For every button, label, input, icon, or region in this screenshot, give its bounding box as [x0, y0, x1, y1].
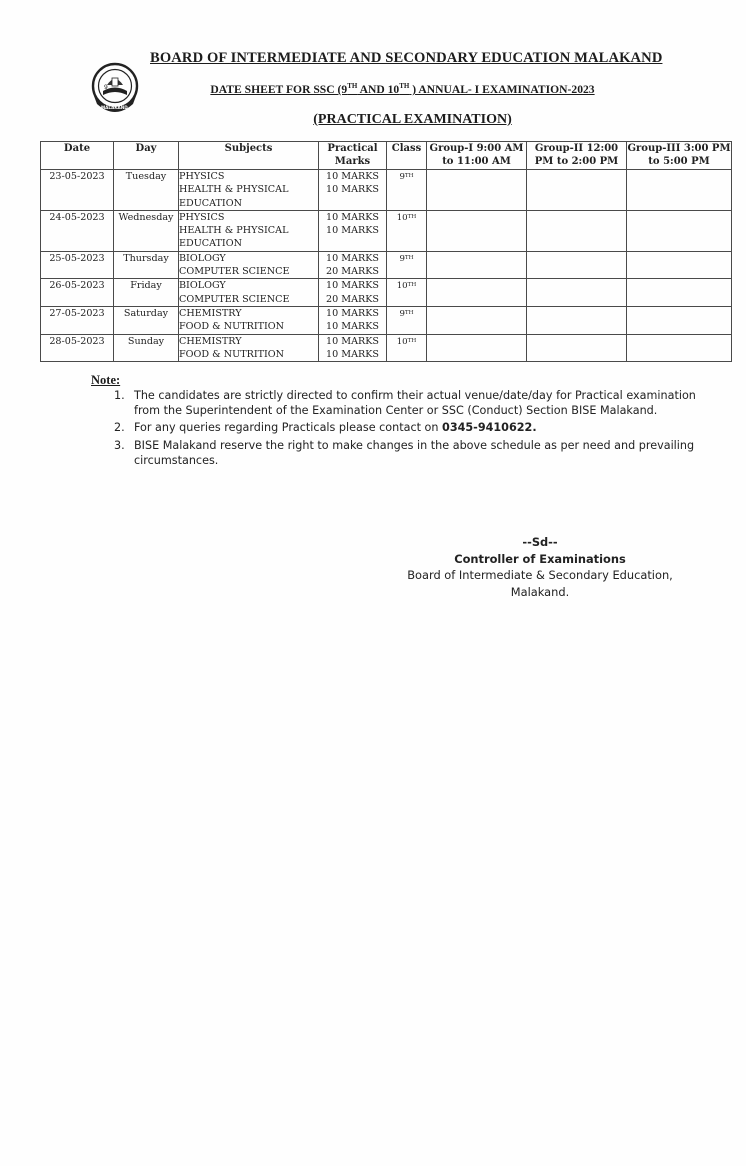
group-3-cell: [627, 334, 732, 362]
subject-line: PHYSICS: [179, 211, 318, 224]
group-2-cell: [527, 170, 627, 211]
signatory-designation: Controller of Examinations: [390, 551, 690, 568]
class-cell: 9TH: [387, 251, 427, 279]
group-1-cell: [427, 306, 527, 334]
class-number: 10: [397, 337, 408, 347]
marks-line: 10 MARKS: [319, 224, 386, 237]
marks-cell: 10 MARKS10 MARKS: [319, 210, 387, 251]
date-cell: 28-05-2023: [41, 334, 114, 362]
table-row: 23-05-2023TuesdayPHYSICSHEALTH & PHYSICA…: [41, 170, 732, 211]
class-suffix: TH: [408, 214, 417, 220]
marks-line: 10 MARKS: [319, 170, 386, 183]
group-3-cell: [627, 210, 732, 251]
group-1-cell: [427, 279, 527, 307]
table-header-row: DateDaySubjectsPractical MarksClassGroup…: [41, 142, 732, 170]
column-header-group-2: Group-II 12:00 PM to 2:00 PM: [527, 142, 627, 170]
note-number: 2.: [114, 420, 125, 435]
note-number: 3.: [114, 438, 125, 453]
class-suffix: TH: [405, 255, 414, 261]
subject-line: BIOLOGY: [179, 279, 318, 292]
group-1-cell: [427, 170, 527, 211]
group-3-cell: [627, 306, 732, 334]
column-header-group-1: Group-I 9:00 AM to 11:00 AM: [427, 142, 527, 170]
date-cell: 25-05-2023: [41, 251, 114, 279]
marks-line: 10 MARKS: [319, 252, 386, 265]
subjects-cell: PHYSICSHEALTH & PHYSICALEDUCATION: [179, 170, 319, 211]
note-text: The candidates are strictly directed to …: [134, 389, 696, 417]
column-header-date: Date: [41, 142, 114, 170]
signature-block: --Sd-- Controller of Examinations Board …: [390, 534, 690, 600]
marks-line: 10 MARKS: [319, 348, 386, 361]
note-text: For any queries regarding Practicals ple…: [134, 421, 442, 434]
class-suffix: TH: [405, 310, 414, 316]
marks-line: 10 MARKS: [319, 211, 386, 224]
column-header-practical-marks: Practical Marks: [319, 142, 387, 170]
notes-list: 1.The candidates are strictly directed t…: [112, 388, 712, 470]
note-text: BISE Malakand reserve the right to make …: [134, 439, 694, 467]
marks-cell: 10 MARKS10 MARKS: [319, 334, 387, 362]
group-2-cell: [527, 279, 627, 307]
day-cell: Tuesday: [114, 170, 179, 211]
subjects-cell: PHYSICSHEALTH & PHYSICALEDUCATION: [179, 210, 319, 251]
table-row: 24-05-2023WednesdayPHYSICSHEALTH & PHYSI…: [41, 210, 732, 251]
group-2-cell: [527, 334, 627, 362]
subject-line: EDUCATION: [179, 197, 318, 210]
subjects-cell: BIOLOGYCOMPUTER SCIENCE: [179, 251, 319, 279]
group-2-cell: [527, 306, 627, 334]
day-cell: Wednesday: [114, 210, 179, 251]
subjects-cell: CHEMISTRYFOOD & NUTRITION: [179, 306, 319, 334]
marks-cell: 10 MARKS10 MARKS: [319, 170, 387, 211]
column-header-class: Class: [387, 142, 427, 170]
date-cell: 24-05-2023: [41, 210, 114, 251]
table-row: 26-05-2023FridayBIOLOGYCOMPUTER SCIENCE1…: [41, 279, 732, 307]
group-2-cell: [527, 210, 627, 251]
group-2-cell: [527, 251, 627, 279]
board-title: BOARD OF INTERMEDIATE AND SECONDARY EDUC…: [150, 50, 655, 67]
day-cell: Sunday: [114, 334, 179, 362]
table-row: 28-05-2023SundayCHEMISTRYFOOD & NUTRITIO…: [41, 334, 732, 362]
class-cell: 9TH: [387, 170, 427, 211]
subject-line: CHEMISTRY: [179, 335, 318, 348]
bise-malakand-seal-icon: 9 MALAKAND: [88, 60, 142, 116]
note-heading: Note:: [91, 373, 120, 388]
class-suffix: TH: [405, 173, 414, 179]
day-cell: Saturday: [114, 306, 179, 334]
note-number: 1.: [114, 388, 125, 403]
marks-line: 10 MARKS: [319, 183, 386, 196]
marks-cell: 10 MARKS10 MARKS: [319, 306, 387, 334]
class-number: 10: [397, 213, 408, 223]
marks-line: 10 MARKS: [319, 335, 386, 348]
subject-line: COMPUTER SCIENCE: [179, 293, 318, 306]
marks-line: 20 MARKS: [319, 293, 386, 306]
class-cell: 10TH: [387, 210, 427, 251]
marks-cell: 10 MARKS20 MARKS: [319, 279, 387, 307]
table-row: 27-05-2023SaturdayCHEMISTRYFOOD & NUTRIT…: [41, 306, 732, 334]
signatory-city: Malakand.: [390, 584, 690, 601]
class-cell: 10TH: [387, 334, 427, 362]
note-item: 3.BISE Malakand reserve the right to mak…: [112, 438, 712, 468]
document-page: 9 MALAKAND BOARD OF INTERMEDIATE AND SEC…: [0, 0, 746, 1166]
subject-line: HEALTH & PHYSICAL: [179, 224, 318, 237]
group-1-cell: [427, 251, 527, 279]
group-1-cell: [427, 334, 527, 362]
subjects-cell: CHEMISTRYFOOD & NUTRITION: [179, 334, 319, 362]
contact-number: 0345-9410622.: [442, 421, 537, 434]
marks-line: 10 MARKS: [319, 320, 386, 333]
subject-line: FOOD & NUTRITION: [179, 320, 318, 333]
column-header-subjects: Subjects: [179, 142, 319, 170]
group-3-cell: [627, 279, 732, 307]
class-number: 10: [397, 281, 408, 291]
table-row: 25-05-2023ThursdayBIOLOGYCOMPUTER SCIENC…: [41, 251, 732, 279]
class-suffix: TH: [408, 338, 417, 344]
datesheet-title: DATE SHEET FOR SSC (9TH AND 10TH ) ANNUA…: [150, 82, 655, 96]
note-item: 1.The candidates are strictly directed t…: [112, 388, 712, 418]
signatory-organization: Board of Intermediate & Secondary Educat…: [390, 567, 690, 584]
marks-line: 20 MARKS: [319, 265, 386, 278]
signed-mark: --Sd--: [390, 534, 690, 551]
day-cell: Thursday: [114, 251, 179, 279]
day-cell: Friday: [114, 279, 179, 307]
marks-line: 10 MARKS: [319, 279, 386, 292]
class-cell: 10TH: [387, 279, 427, 307]
date-cell: 23-05-2023: [41, 170, 114, 211]
subject-line: EDUCATION: [179, 237, 318, 250]
column-header-day: Day: [114, 142, 179, 170]
subject-line: COMPUTER SCIENCE: [179, 265, 318, 278]
class-cell: 9TH: [387, 306, 427, 334]
subjects-cell: BIOLOGYCOMPUTER SCIENCE: [179, 279, 319, 307]
schedule-table: DateDaySubjectsPractical MarksClassGroup…: [40, 141, 732, 362]
subject-line: PHYSICS: [179, 170, 318, 183]
note-item: 2.For any queries regarding Practicals p…: [112, 420, 712, 435]
svg-text:MALAKAND: MALAKAND: [101, 105, 128, 110]
group-3-cell: [627, 170, 732, 211]
class-suffix: TH: [408, 282, 417, 288]
subject-line: FOOD & NUTRITION: [179, 348, 318, 361]
subject-line: CHEMISTRY: [179, 307, 318, 320]
group-3-cell: [627, 251, 732, 279]
marks-cell: 10 MARKS20 MARKS: [319, 251, 387, 279]
date-cell: 27-05-2023: [41, 306, 114, 334]
svg-text:9: 9: [104, 84, 108, 91]
exam-type-subtitle: (PRACTICAL EXAMINATION): [150, 112, 675, 128]
group-1-cell: [427, 210, 527, 251]
marks-line: 10 MARKS: [319, 307, 386, 320]
subject-line: HEALTH & PHYSICAL: [179, 183, 318, 196]
date-cell: 26-05-2023: [41, 279, 114, 307]
column-header-group-3: Group-III 3:00 PM to 5:00 PM: [627, 142, 732, 170]
subject-line: BIOLOGY: [179, 252, 318, 265]
